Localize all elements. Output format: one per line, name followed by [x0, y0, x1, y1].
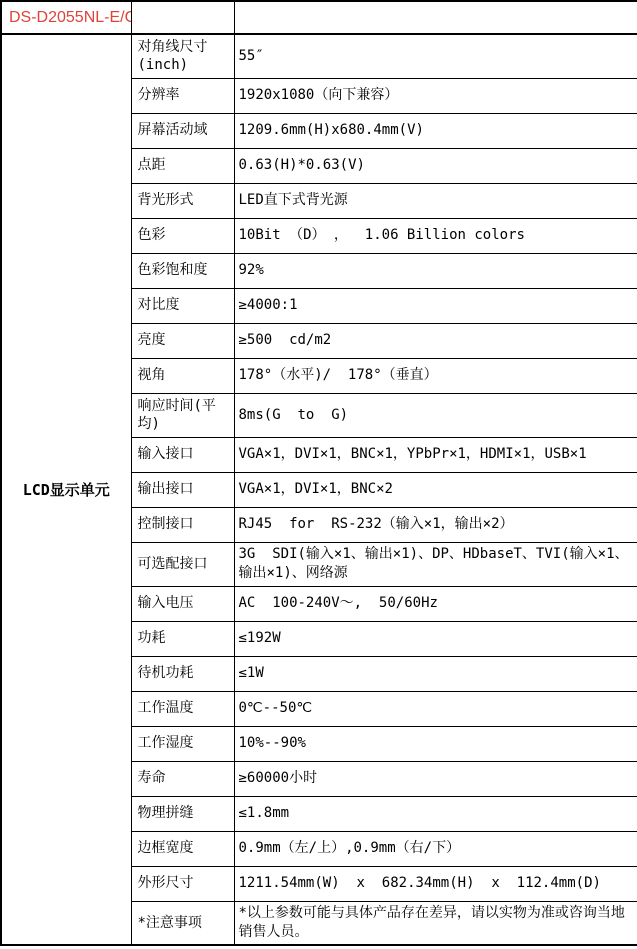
- spec-value: *以上参数可能与具体产品存在差异，请以实物为准或咨询当地销售人员。: [234, 901, 637, 945]
- spec-value: 0.9mm（左/上）,0.9mm（右/下）: [234, 831, 637, 866]
- spec-value: 8ms(G to G): [234, 393, 637, 437]
- spec-value: LED直下式背光源: [234, 183, 637, 218]
- spec-label: 功耗: [131, 621, 234, 656]
- spec-label: 色彩饱和度: [131, 253, 234, 288]
- spec-label: 点距: [131, 148, 234, 183]
- spec-value: ≥60000小时: [234, 761, 637, 796]
- spec-value: ≤1.8mm: [234, 796, 637, 831]
- spec-label: 输出接口: [131, 472, 234, 507]
- spec-label: 色彩: [131, 218, 234, 253]
- header-empty-cell-2: [234, 1, 637, 34]
- spec-value: 92%: [234, 253, 637, 288]
- header-empty-cell-1: [131, 1, 234, 34]
- spec-label: 输入电压: [131, 586, 234, 621]
- spec-value: 55″: [234, 34, 637, 78]
- spec-label: 工作温度: [131, 691, 234, 726]
- spec-label: 亮度: [131, 323, 234, 358]
- spec-value: ≥4000:1: [234, 288, 637, 323]
- group-label-lcd-unit: LCD显示单元: [1, 34, 131, 945]
- spec-label: 可选配接口: [131, 542, 234, 586]
- model-header-row: DS-D2055NL-E/G: [1, 1, 637, 34]
- spec-value: ≥500 cd/m2: [234, 323, 637, 358]
- spec-label: 控制接口: [131, 507, 234, 542]
- model-number: DS-D2055NL-E/G: [1, 1, 131, 34]
- spec-value: ≤1W: [234, 656, 637, 691]
- spec-sheet-page: DS-D2055NL-E/G LCD显示单元 对角线尺寸(inch) 55″ 分…: [0, 0, 637, 946]
- spec-label: 物理拼缝: [131, 796, 234, 831]
- lcd-spec-table: DS-D2055NL-E/G LCD显示单元 对角线尺寸(inch) 55″ 分…: [0, 0, 637, 946]
- spec-value: 3G SDI(输入×1、输出×1)、DP、HDbaseT、TVI(输入×1、输出…: [234, 542, 637, 586]
- spec-label: 工作湿度: [131, 726, 234, 761]
- spec-value: 10%--90%: [234, 726, 637, 761]
- spec-value: AC 100-240V～, 50/60Hz: [234, 586, 637, 621]
- spec-label: 视角: [131, 358, 234, 393]
- spec-value: 1209.6mm(H)x680.4mm(V): [234, 113, 637, 148]
- spec-label: 对比度: [131, 288, 234, 323]
- spec-value: 0℃--50℃: [234, 691, 637, 726]
- spec-value: VGA×1，DVI×1，BNC×1，YPbPr×1，HDMI×1，USB×1: [234, 437, 637, 472]
- spec-label: 外形尺寸: [131, 866, 234, 901]
- spec-value: ≤192W: [234, 621, 637, 656]
- spec-label: 背光形式: [131, 183, 234, 218]
- spec-value: 178°（水平)/ 178°（垂直）: [234, 358, 637, 393]
- spec-value: 1211.54mm(W) x 682.34mm(H) x 112.4mm(D): [234, 866, 637, 901]
- spec-label: 对角线尺寸(inch): [131, 34, 234, 78]
- spec-value: 1920x1080（向下兼容）: [234, 78, 637, 113]
- spec-row-diagonal: LCD显示单元 对角线尺寸(inch) 55″: [1, 34, 637, 78]
- spec-value: 0.63(H)*0.63(V): [234, 148, 637, 183]
- spec-label: 分辨率: [131, 78, 234, 113]
- spec-label: 寿命: [131, 761, 234, 796]
- spec-label: 屏幕活动域: [131, 113, 234, 148]
- spec-label: *注意事项: [131, 901, 234, 945]
- spec-value: 10Bit （D） ， 1.06 Billion colors: [234, 218, 637, 253]
- spec-value: RJ45 for RS-232（输入×1，输出×2）: [234, 507, 637, 542]
- spec-label: 输入接口: [131, 437, 234, 472]
- spec-label: 响应时间(平均): [131, 393, 234, 437]
- spec-label: 边框宽度: [131, 831, 234, 866]
- spec-value: VGA×1，DVI×1，BNC×2: [234, 472, 637, 507]
- spec-label: 待机功耗: [131, 656, 234, 691]
